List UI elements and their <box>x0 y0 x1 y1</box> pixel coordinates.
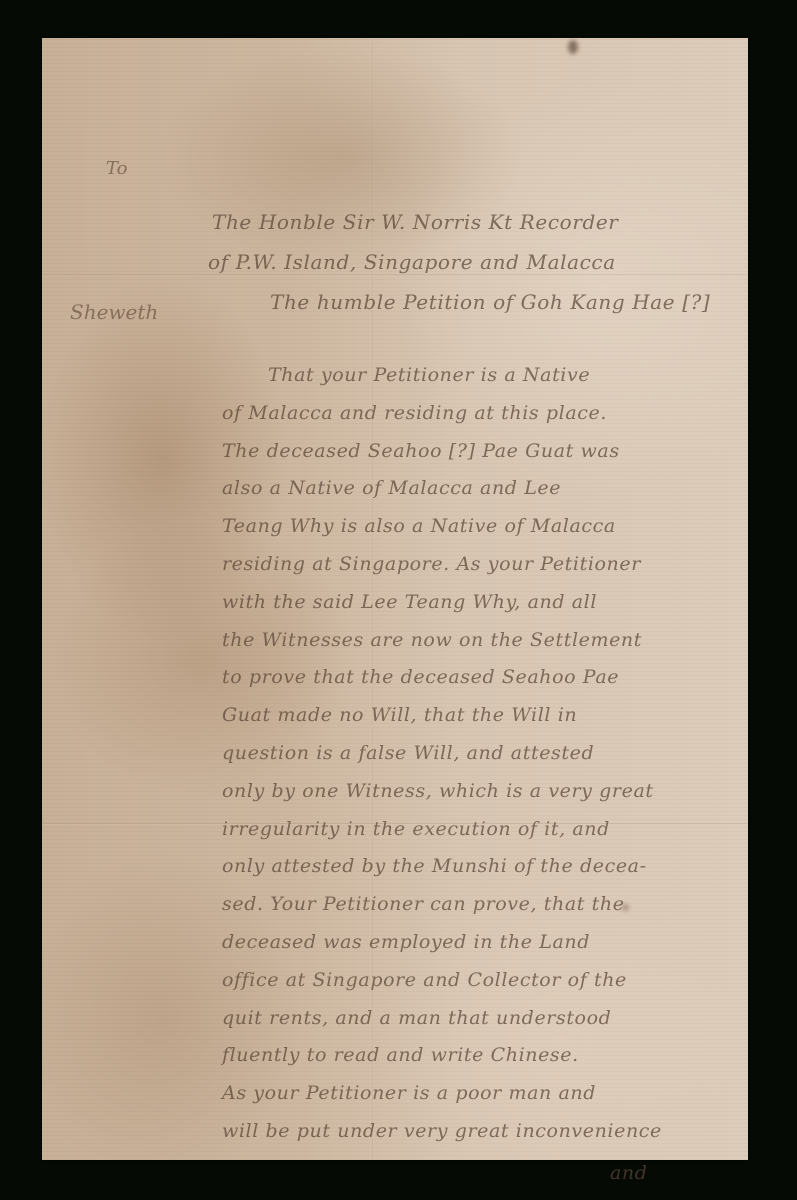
ink-stain <box>568 40 578 54</box>
body-line: irregularity in the execution of it, and <box>222 818 610 840</box>
petition-title: The humble Petition of Goh Kang Hae [?] <box>270 290 710 314</box>
address-line: The Honble Sir W. Norris Kt Recorder <box>212 210 618 234</box>
catchword: and <box>610 1162 648 1184</box>
address-line: of P.W. Island, Singapore and Malacca <box>208 250 616 274</box>
body-line: Guat made no Will, that the Will in <box>222 704 577 726</box>
body-line: question is a false Will, and attested <box>222 742 594 764</box>
body-line: only by one Witness, which is a very gre… <box>222 780 654 802</box>
scanned-document: To Sheweth The Honble Sir W. Norris Kt R… <box>0 0 797 1200</box>
body-line: fluently to read and write Chinese. <box>222 1044 579 1066</box>
manuscript-page: To Sheweth The Honble Sir W. Norris Kt R… <box>42 38 748 1160</box>
body-line: the Witnesses are now on the Settlement <box>222 629 642 651</box>
body-line: of Malacca and residing at this place. <box>222 402 607 424</box>
body-line: to prove that the deceased Seahoo Pae <box>222 666 619 688</box>
body-line: with the said Lee Teang Why, and all <box>222 591 597 613</box>
body-line: The deceased Seahoo [?] Pae Guat was <box>222 440 620 462</box>
body-line: quit rents, and a man that understood <box>222 1007 611 1029</box>
margin-note-sheweth: Sheweth <box>70 300 158 324</box>
body-line: office at Singapore and Collector of the <box>222 969 627 991</box>
body-line: sed. Your Petitioner can prove, that the <box>222 893 625 915</box>
fold-line-upper <box>42 274 748 276</box>
body-line: residing at Singapore. As your Petitione… <box>222 553 641 575</box>
body-line: also a Native of Malacca and Lee <box>222 477 561 499</box>
body-line: will be put under very great inconvenien… <box>222 1120 662 1142</box>
body-line: That your Petitioner is a Native <box>268 364 590 386</box>
margin-note-to: To <box>106 158 127 179</box>
body-line: only attested by the Munshi of the decea… <box>222 855 647 877</box>
body-line: Teang Why is also a Native of Malacca <box>222 515 616 537</box>
body-line: deceased was employed in the Land <box>222 931 590 953</box>
body-line: As your Petitioner is a poor man and <box>222 1082 596 1104</box>
